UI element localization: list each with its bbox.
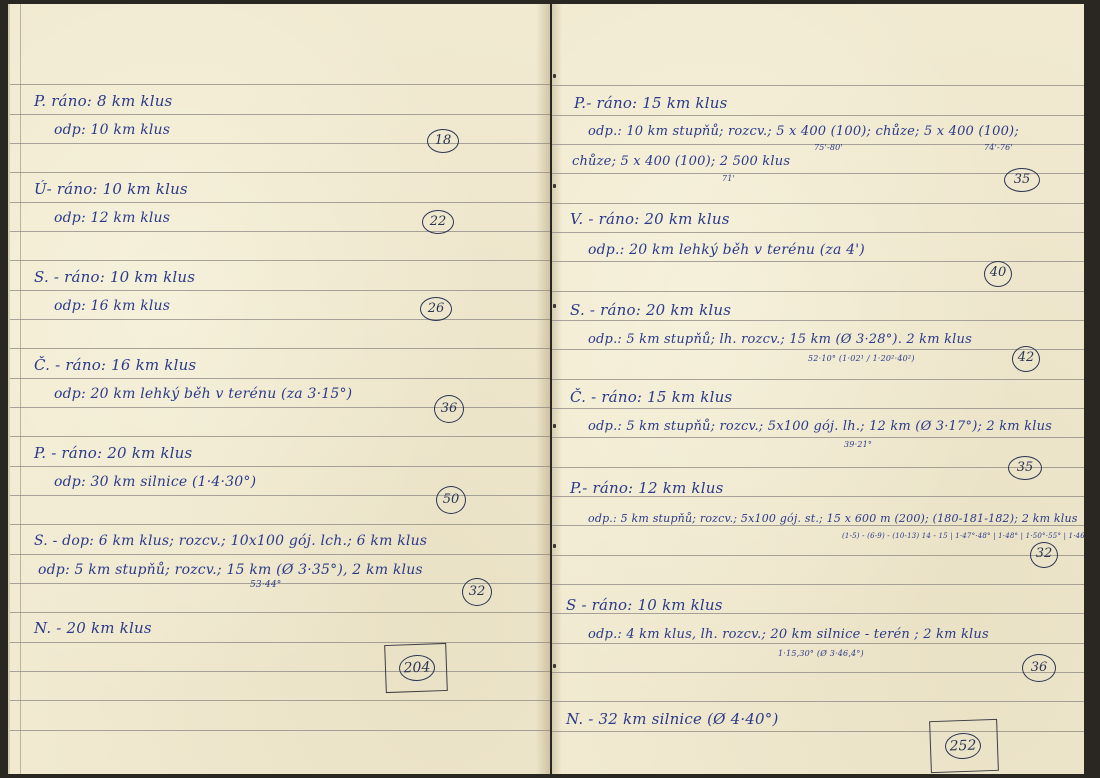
rule-line [10, 554, 550, 555]
rule-line [10, 730, 550, 731]
daily-total-circle: 18 [427, 129, 459, 153]
rule-line [552, 672, 1084, 673]
daily-total-circle: 36 [1022, 654, 1056, 682]
binding-hole [553, 424, 556, 428]
left-page: P. ráno: 8 km klus odp: 10 km klus 18 Ú-… [8, 4, 550, 774]
entry-afternoon: odp.: 5 km stupňů; rozcv.; 5x100 gój. st… [588, 512, 1078, 525]
rule-line [10, 114, 550, 115]
rule-line [552, 408, 1084, 409]
rule-line [10, 671, 550, 672]
entry-afternoon: odp.: 5 km stupňů; lh. rozcv.; 15 km (Ø … [588, 332, 972, 347]
entry-afternoon: odp.: 20 km lehký běh v terénu (za 4') [588, 242, 865, 258]
week-total-box: 204 [384, 643, 448, 693]
rule-line [552, 643, 1084, 644]
rule-line [552, 320, 1084, 321]
split-note: 75'-80' [814, 143, 843, 152]
rule-line [552, 232, 1084, 233]
split-note: 52·10° (1·02¹ / 1·20²·40²) [808, 354, 915, 363]
rule-line [552, 525, 1084, 526]
daily-total-circle: 50 [436, 486, 466, 514]
rule-line [552, 379, 1084, 380]
week-total-circle: 252 [945, 732, 982, 759]
rule-line [10, 495, 550, 496]
entry-morning: Č. - ráno: 16 km klus [34, 356, 196, 374]
entry-afternoon: odp: 20 km lehký běh v terénu (za 3·15°) [54, 386, 352, 402]
rule-line [552, 584, 1084, 585]
entry-afternoon: odp: 5 km stupňů; rozcv.; 15 km (Ø 3·35°… [38, 562, 423, 578]
rule-line [10, 348, 550, 349]
week-total-box: 252 [929, 719, 999, 773]
binding-hole [553, 74, 556, 78]
right-page: P.- ráno: 15 km klus odp.: 10 km stupňů;… [552, 4, 1084, 774]
rule-line [10, 84, 550, 85]
rule-line [10, 231, 550, 232]
margin-line [20, 4, 21, 774]
daily-total-circle: 42 [1012, 346, 1040, 372]
entry-afternoon: odp.: 5 km stupňů; rozcv.; 5x100 gój. lh… [588, 419, 1052, 434]
rule-line [552, 115, 1084, 116]
entry-afternoon: odp: 16 km klus [54, 298, 170, 314]
entry-sunday: N. - 20 km klus [34, 619, 152, 637]
entry-morning: P.- ráno: 12 km klus [570, 479, 723, 497]
daily-total-circle: 36 [434, 395, 464, 423]
rule-line [10, 290, 550, 291]
week-total-circle: 204 [399, 654, 436, 681]
entry-morning: Ú- ráno: 10 km klus [34, 180, 188, 198]
rule-line [552, 173, 1084, 174]
entry-morning: P. ráno: 8 km klus [34, 92, 172, 110]
entry-afternoon: odp: 12 km klus [54, 210, 170, 226]
rule-line [10, 524, 550, 525]
rule-line [10, 407, 550, 408]
binding-hole [553, 664, 556, 668]
rule-line [552, 203, 1084, 204]
daily-total-circle: 32 [462, 578, 492, 606]
split-note: 39·21° [844, 440, 872, 449]
rule-line [10, 436, 550, 437]
entry-afternoon: odp: 30 km silnice (1·4·30°) [54, 474, 256, 490]
rule-line [10, 642, 550, 643]
entry-afternoon-cont: chůze; 5 x 400 (100); 2 500 klus [572, 154, 790, 169]
rule-line [10, 319, 550, 320]
daily-total-circle: 22 [422, 210, 454, 234]
rule-line [552, 85, 1084, 86]
rule-line [552, 437, 1084, 438]
rule-line [10, 612, 550, 613]
split-note: 74'-76' [984, 143, 1013, 152]
entry-morning: S. - ráno: 10 km klus [34, 268, 195, 286]
binding-hole [553, 304, 556, 308]
daily-total-circle: 40 [984, 261, 1012, 287]
entry-morning: S. - dop: 6 km klus; rozcv.; 10x100 gój.… [34, 533, 427, 549]
rule-line [10, 378, 550, 379]
entry-morning: S - ráno: 10 km klus [566, 596, 723, 614]
entry-afternoon: odp.: 4 km klus, lh. rozcv.; 20 km silni… [588, 627, 989, 642]
rule-line [10, 202, 550, 203]
daily-total-circle: 32 [1030, 542, 1058, 568]
rule-line [552, 349, 1084, 350]
entry-morning: V. - ráno: 20 km klus [570, 210, 730, 228]
entry-afternoon: odp.: 10 km stupňů; rozcv.; 5 x 400 (100… [588, 124, 1019, 139]
split-note: 71' [722, 174, 735, 183]
rule-line [10, 143, 550, 144]
rule-line [552, 467, 1084, 468]
notebook-spread: P. ráno: 8 km klus odp: 10 km klus 18 Ú-… [0, 0, 1100, 778]
daily-total-circle: 35 [1004, 168, 1040, 192]
rule-line [10, 172, 550, 173]
split-note: 1·15,30° (Ø 3·46,4°) [778, 649, 864, 658]
binding-hole [553, 184, 556, 188]
entry-morning: Č. - ráno: 15 km klus [570, 388, 732, 406]
entry-morning: S. - ráno: 20 km klus [570, 301, 731, 319]
binding-hole [553, 544, 556, 548]
entry-sunday: N. - 32 km silnice (Ø 4·40°) [566, 710, 779, 728]
split-note: (1-5) - (6-9) - (10-13) 14 - 15 | 1·47°·… [842, 532, 1084, 540]
entry-afternoon: odp: 10 km klus [54, 122, 170, 138]
rule-line [552, 555, 1084, 556]
rule-line [10, 260, 550, 261]
rule-line [552, 291, 1084, 292]
rule-line [10, 466, 550, 467]
daily-total-circle: 35 [1008, 456, 1042, 480]
rule-line [552, 701, 1084, 702]
rule-line [552, 731, 1084, 732]
daily-total-circle: 26 [420, 297, 452, 321]
split-note: 53·44° [250, 580, 281, 590]
rule-line [10, 700, 550, 701]
entry-morning: P.- ráno: 15 km klus [574, 94, 727, 112]
entry-morning: P. - ráno: 20 km klus [34, 444, 192, 462]
